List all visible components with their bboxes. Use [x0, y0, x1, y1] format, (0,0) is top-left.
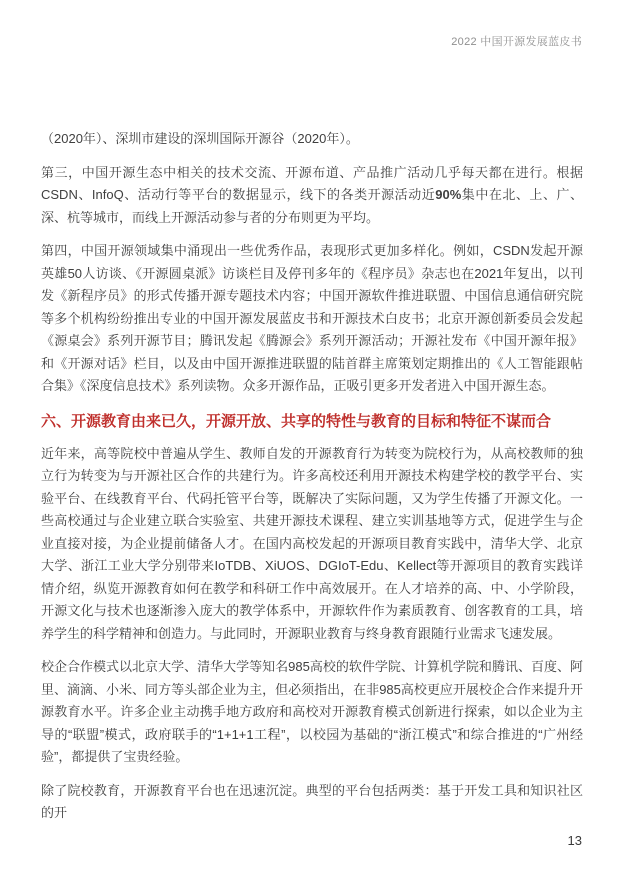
page-body: （2020年）、深圳市建设的深圳国际开源谷（2020年）。 第三，中国开源生态中…	[41, 128, 583, 836]
paragraph-third: 第三，中国开源生态中相关的技术交流、开源布道、产品推广活动几乎每天都在进行。根据…	[41, 162, 583, 230]
paragraph-cooperation: 校企合作模式以北京大学、清华大学等知名985高校的软件学院、计算机学院和腾讯、百…	[41, 656, 583, 769]
paragraph-platforms: 除了院校教育，开源教育平台也在迅速沉淀。典型的平台包括两类：基于开发工具和知识社…	[41, 780, 583, 825]
paragraph-third-highlight: 90%	[435, 187, 461, 202]
page-number: 13	[568, 833, 582, 848]
section-heading: 六、开源教育由来已久，开源开放、共享的特性与教育的目标和特征不谋而合	[41, 411, 583, 432]
paragraph-education: 近年来，高等院校中普遍从学生、教师自发的开源教育行为转变为院校行为，从高校教师的…	[41, 443, 583, 646]
paragraph-continuation: （2020年）、深圳市建设的深圳国际开源谷（2020年）。	[41, 128, 583, 151]
running-header: 2022 中国开源发展蓝皮书	[451, 33, 582, 49]
document-page: 2022 中国开源发展蓝皮书 （2020年）、深圳市建设的深圳国际开源谷（202…	[0, 0, 623, 869]
paragraph-fourth: 第四，中国开源领域集中涌现出一些优秀作品，表现形式更加多样化。例如，CSDN发起…	[41, 240, 583, 398]
